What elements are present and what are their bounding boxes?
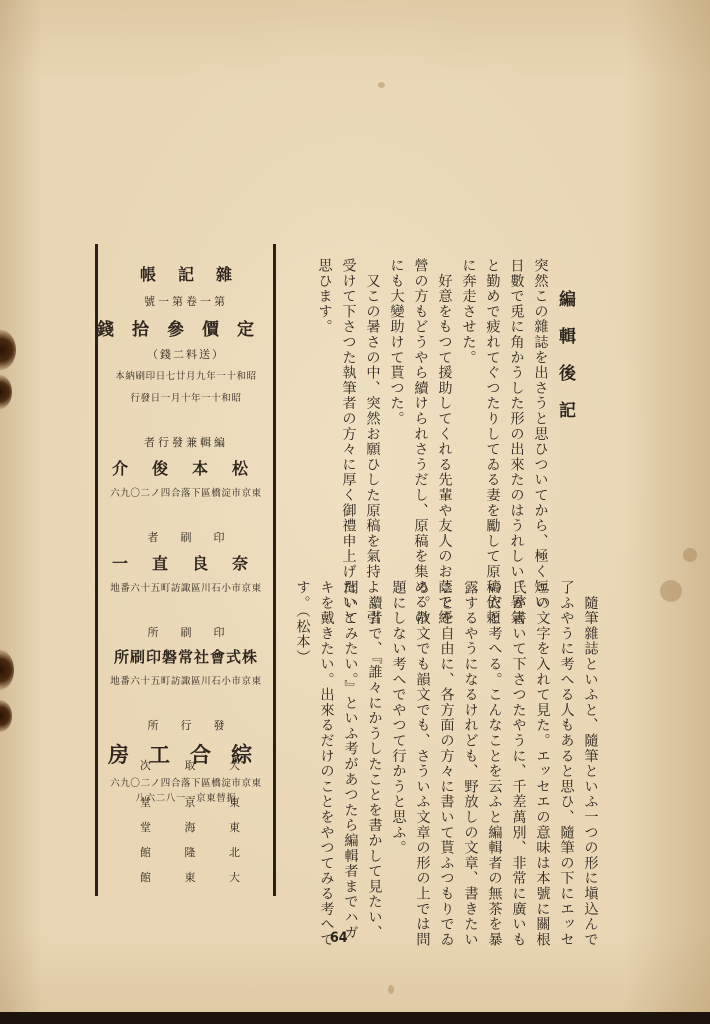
afterword-line: 氏が書いて下さつたやうに、千差萬別、非常に廣いも xyxy=(506,580,531,947)
afterword-line: 聞いてみたい。』といふ考があつたら編輯者までハガ xyxy=(338,580,363,940)
afterword-line: 了ふやうに考へる人もあると思ひ、隨筆の下にエッセ xyxy=(554,580,579,947)
afterword-line: 隨筆雜誌といふと、隨筆といふ一つの形に塡込んで xyxy=(578,580,603,947)
magazine-title: 雜記帳 xyxy=(100,262,272,285)
binding-hole-stain xyxy=(0,650,14,690)
afterword-line: のだと考へる。こんなことを云ふと編輯者の無茶を暴 xyxy=(482,580,507,947)
binding-hole-stain xyxy=(0,375,12,409)
postage: （送料二錢） xyxy=(100,346,272,362)
afterword-line: 營の方もどうやら續けられさうだし、原稿を集めるの xyxy=(408,258,433,625)
magazine-page: 編輯後記 突然この雜誌を出さうと思ひついてから、極く短い 日數で兎に角かうした形… xyxy=(0,0,710,1012)
distributor-row: 館 東 大 xyxy=(140,869,240,894)
printshop-label: 印刷所 xyxy=(100,624,272,640)
print-date: 昭和十一年九月廿七日印刷納本 xyxy=(100,368,272,382)
binding-hole-stain xyxy=(0,700,12,732)
afterword-line: 露するやうになるけれども、野放しの文章、書きたい xyxy=(458,580,483,947)
afterword-line: 又この暑さの中、突然お願ひした原稿を氣持よく引 xyxy=(360,258,385,625)
afterword-line: キを戴きたい。出來るだけのことをやつてみる考へで xyxy=(314,580,339,947)
afterword-line: にも大變助けて貰つた。 xyxy=(384,258,409,426)
distributor-row: 堂 海 東 xyxy=(140,819,240,844)
afterword-line: 題にしない考へでやつて行かうと思ふ。 xyxy=(386,580,411,855)
printer-name: 奈良直一 xyxy=(100,551,272,574)
afterword-line: 思ひます。 xyxy=(312,258,337,335)
colophon-left-rule xyxy=(95,244,98,896)
foxing-spot xyxy=(378,82,385,88)
afterword-line: 日數で兎に角かうした形の出來たのはうれしい。暑氣 xyxy=(504,258,529,625)
printer-label: 印刷者 xyxy=(100,529,272,545)
editor-label: 編輯兼發行者 xyxy=(100,434,272,450)
foxing-spot xyxy=(683,548,697,562)
printshop-address: 東京市小石川區諏訪町五十六番地 xyxy=(100,673,272,687)
binding-hole-stain xyxy=(0,330,16,370)
printshop-name: 株式會社常磐印刷所 xyxy=(100,646,272,667)
colophon: 雜記帳 第一卷第一號 定價參拾錢 （送料二錢） 昭和十一年九月廿七日印刷納本 昭… xyxy=(100,262,272,804)
distributors-label: 次 取 大 xyxy=(140,757,240,782)
printer-address: 東京市小石川區諏訪町五十六番地 xyxy=(100,580,272,594)
afterword-title: 編輯後記 xyxy=(553,290,578,438)
afterword-line: 突然この雜誌を出さうと思ひついてから、極く短い xyxy=(528,258,553,610)
foxing-spot xyxy=(388,985,394,994)
distributor-row: 堂 京 東 xyxy=(140,794,240,819)
editor-name: 松本俊介 xyxy=(100,456,272,479)
editor-address: 東京市淀橋區下落合四ノ二〇九六 xyxy=(100,485,272,499)
issue-date: 昭和十一年十月一日發行 xyxy=(100,390,272,404)
afterword-line: 好意をもつて援助してくれる先輩や友人のお蔭で經 xyxy=(432,258,457,625)
afterword-line: エの文字を入れて見た。エッセエの意味は本號に關根 xyxy=(530,580,555,947)
price: 定價參拾錢 xyxy=(100,315,272,340)
colophon-right-rule xyxy=(273,244,276,896)
afterword-line: ことを自由に、各方面の方々に書いて貰ふつもりでゐ xyxy=(434,580,459,947)
distributors: 次 取 大 堂 京 東 堂 海 東 館 隆 北 館 東 大 xyxy=(140,757,240,894)
afterword-line: 讀者で、『誰々にかうしたことを書かして見たい、 xyxy=(362,580,387,940)
afterword-line: 受けて下さつた執筆者の方々に厚く御禮申上げたいと xyxy=(336,258,361,625)
foxing-spot xyxy=(660,580,682,602)
distributor-row: 館 隆 北 xyxy=(140,844,240,869)
page-number: 64 xyxy=(330,930,348,946)
afterword-line: す。（松本） xyxy=(290,580,315,665)
afterword-line: と勤めで疲れてぐつたりしてゐる妻を勵して原稿依頼 xyxy=(480,258,505,625)
afterword-line: る。散文でも韻文でも、さういふ文章の形の上では問 xyxy=(410,580,435,947)
volume-issue: 第一卷第一號 xyxy=(100,293,272,309)
afterword-line: に奔走させた。 xyxy=(456,258,481,365)
publisher-label: 發行所 xyxy=(100,717,272,733)
